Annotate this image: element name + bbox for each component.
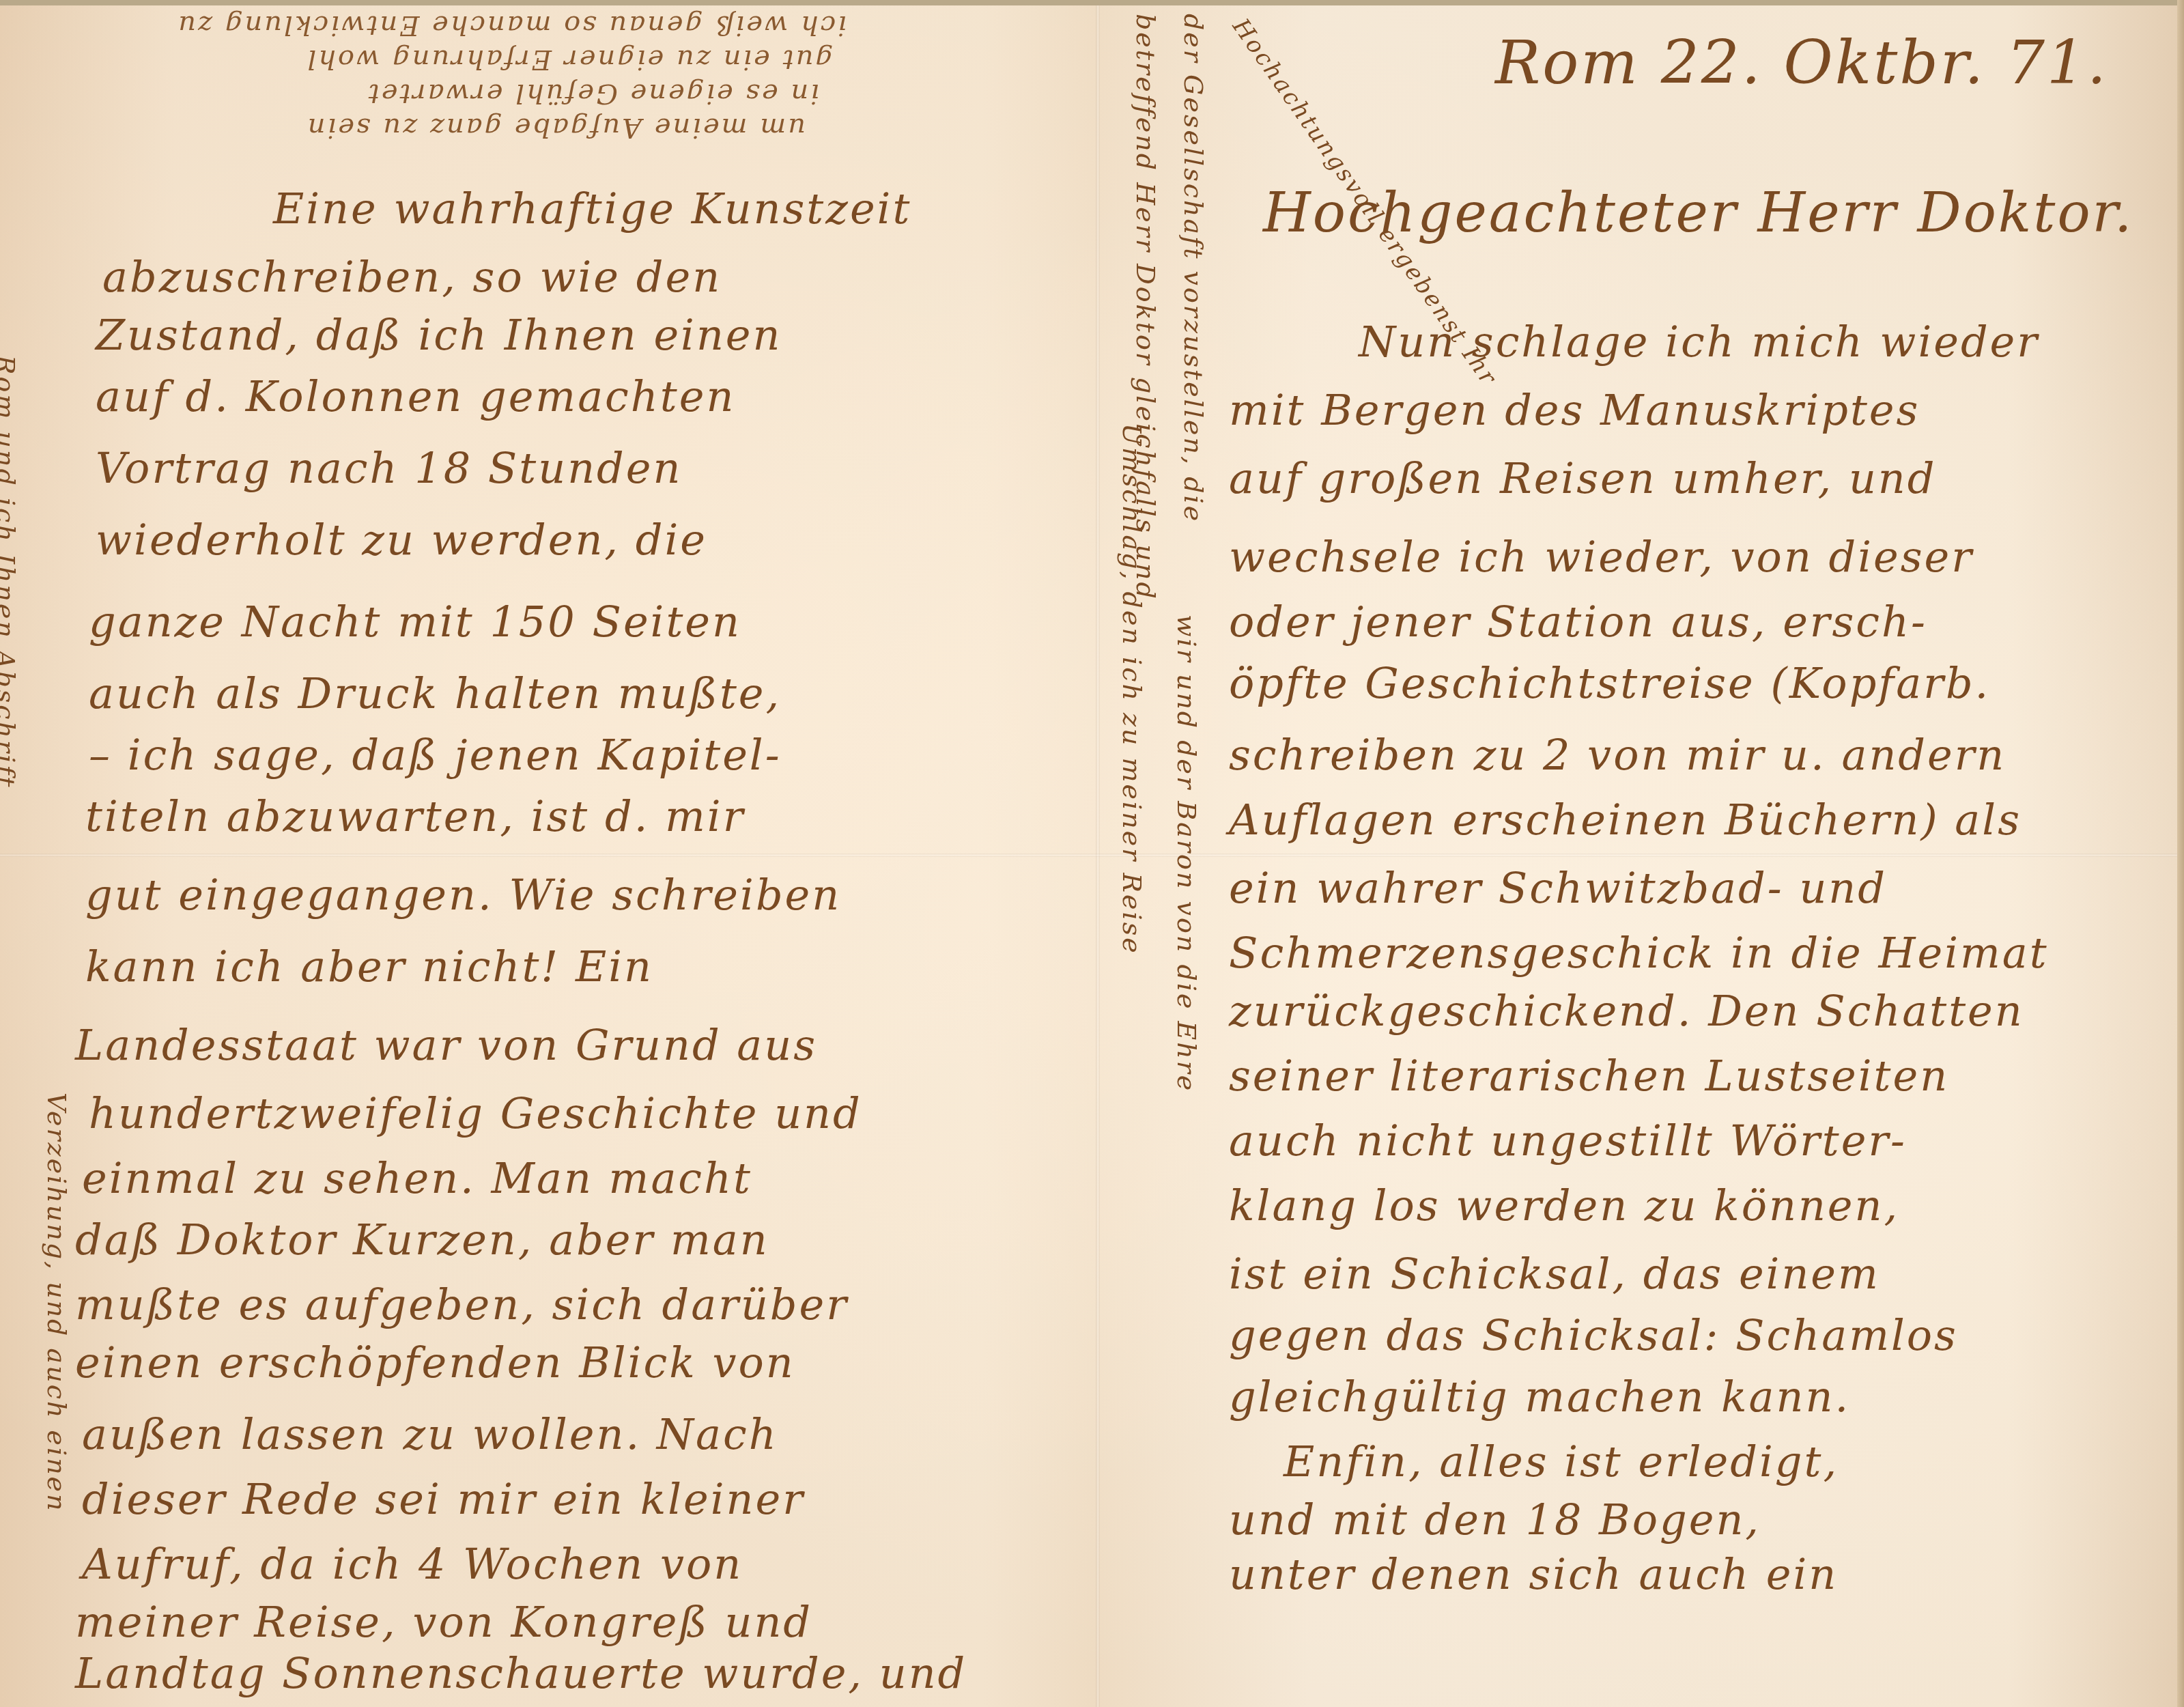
letter-line: kann ich aber nicht! Ein [85,946,653,988]
letter-line: daß Doktor Kurzen, aber man [75,1219,769,1261]
letter-line: titeln abzuwarten, ist d. mir [85,795,745,838]
letter-line: ganze Nacht mit 150 Seiten [89,601,741,643]
letter-line: auf d. Kolonnen gemachten [96,376,735,418]
letter-line: öpfte Geschichtstreise (Kopfarb. [1229,662,1990,705]
letter-line: einen erschöpfenden Blick von [75,1342,795,1384]
letter-line: Schmerzensgeschick in die Heimat [1229,932,2049,974]
letter-line: Landtag Sonnenschauerte wurde, und [75,1652,967,1695]
letter-line: unter denen sich auch ein [1229,1553,1838,1596]
center-vertical-line: Umschlag, den ich zu meiner Reise [1117,423,1147,955]
letter-line: oder jener Station aus, ersch- [1229,601,1927,643]
letter-line: ein wahrer Schwitzbad- und [1229,867,1887,909]
center-vertical-line: der Gesellschaft vorzustellen, die [1178,14,1208,523]
letter-line: wiederholt zu werden, die [96,519,707,561]
frame-edge-right [2177,0,2184,1707]
letter-line: gegen das Schicksal: Schamlos [1229,1314,1958,1357]
upside-down-line: gut ein zu eigner Erfahrung wohl [305,44,833,75]
letter-line: Vortrag nach 18 Stunden [96,447,682,490]
letter-line: Enfin, alles ist erledigt, [1284,1441,1839,1483]
center-vertical-line: wir und der Baron von die Ehre [1172,615,1202,1092]
upside-down-line: um meine Aufgabe ganz zu sein [306,112,806,143]
letter-line: hundertzweifelig Geschichte und [89,1092,862,1135]
letter-line: Landesstaat war von Grund aus [75,1024,817,1067]
letter-line: auch als Druck halten mußte, [89,673,781,715]
letter-line: Aufruf, da ich 4 Wochen von [82,1543,743,1585]
letter-line: einmal zu sehen. Man macht [82,1157,752,1200]
letter-line: schreiben zu 2 von mir u. andern [1229,734,2006,776]
margin-vertical-line: Verzeihung, und auch einen [42,1092,72,1513]
salutation: Hochgeachteter Herr Doktor. [1263,181,2134,244]
letter-line: gut eingegangen. Wie schreiben [85,874,841,916]
letter-line: Auflagen erscheinen Büchern) als [1229,799,2022,841]
frame-edge-top [0,0,2184,5]
place-date: Rom 22. Oktbr. 71. [1495,27,2108,98]
letter-line: meiner Reise, von Kongreß und [75,1601,812,1643]
letter-line: mußte es aufgeben, sich darüber [75,1284,849,1326]
letter-line: auf großen Reisen umher, und [1229,457,1936,500]
letter-line: gleichgültig machen kann. [1229,1376,1850,1418]
letter-line: abzuschreiben, so wie den [102,256,722,298]
letter-line: auch nicht ungestillt Wörter- [1229,1120,1907,1162]
margin-vertical-line: Rom und ich Ihnen Abschrift [0,355,20,789]
letter-line: – ich sage, daß jenen Kapitel- [89,734,782,776]
letter-line: Zustand, daß ich Ihnen einen [96,314,782,356]
horizontal-fold-line [0,853,2184,857]
letter-line: und mit den 18 Bogen, [1229,1499,1761,1541]
letter-line: klang los werden zu können, [1229,1185,1899,1227]
letter-line: Nun schlage ich mich wieder [1359,321,2039,363]
letter-line: zurückgeschickend. Den Schatten [1229,990,2024,1032]
letter-line: mit Bergen des Manuskriptes [1229,389,1920,432]
letter-line: ist ein Schicksal, das einem [1229,1253,1880,1295]
letter-line: seiner literarischen Lustseiten [1229,1055,1949,1097]
upside-down-line: in es eigene Gefühl erwartet [367,78,819,109]
letter-line: dieser Rede sei mir ein kleiner [82,1478,805,1521]
letter-line: wechsele ich wieder, von dieser [1229,536,1974,578]
letter-line: Eine wahrhaftige Kunstzeit [273,188,911,230]
upside-down-line: ich weiß genau so manche Entwicklung zu [176,10,847,41]
letter-line: außen lassen zu wollen. Nach [82,1413,778,1456]
